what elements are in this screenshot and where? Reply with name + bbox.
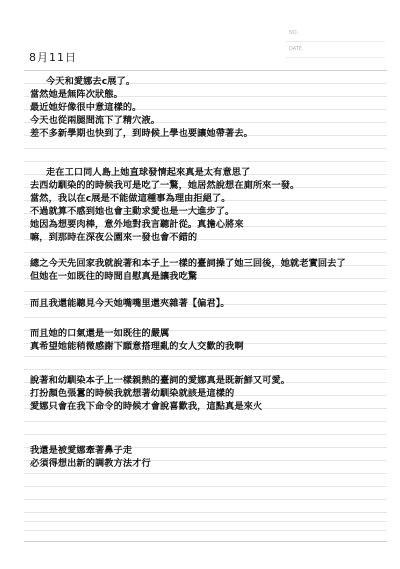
no-field: NO. [285,30,385,36]
ruled-line [24,291,387,292]
no-label: NO. [289,30,298,36]
date-field: DATE [285,46,385,52]
diary-line: 今天也從兩腿間流下了精穴液。 [30,115,160,126]
no-field-rule [285,41,385,42]
diary-line: 真希望她能稍微感謝下願意搭理亂的女人交歡的我啊 [30,341,244,352]
entry-date: 8月11日 [29,49,77,65]
ruled-line [24,252,387,253]
ruled-line [24,434,387,435]
ruled-line [24,421,387,422]
ruled-line [24,317,387,318]
diary-line: 她因為想要肉棒，意外地對我言聽計從。真擔心將來 [30,219,244,230]
ruled-line [24,530,387,531]
ruled-line [24,512,387,513]
diary-line: 走在工口同人島上她直球發情起來真是太有意思了 [46,167,250,178]
diary-line: 嘛，到那時在深夜公園來一發也會不錯的 [30,232,197,243]
diary-line: 說著和幼馴染本子上一樣親熱的臺詞的愛娜真是既新鮮又可愛。 [30,375,290,386]
diary-line: 但她在一如既往的時間自慰真是讓我吃驚 [30,271,197,282]
diary-line: 總之今天先回家我就說著和本子上一樣的臺詞操了她三回後，她就老實回去了 [30,258,346,269]
ruled-line [24,521,387,522]
diary-line: 今天和愛娜去c展了。 [46,76,135,87]
date-field-rule [285,57,385,58]
ruled-line [24,161,387,162]
diary-line: 愛娜只會在我下命令的時候才會說喜歡我，這點真是來火 [30,401,262,412]
diary-line: 打扮顏色張囂的時候我就想著幼馴染就該是這樣的 [30,388,234,399]
ruled-line [24,356,387,357]
diary-line: 而且她的口氣還是一如既往的嚴厲 [30,328,169,339]
diary-line: 差不多新學期也快到了，到時候上學也要讓她帶著去。 [30,128,253,139]
ruled-line [24,541,387,542]
diary-line: 必須得想出新的調教方法才行 [30,458,151,469]
diary-line: 去西幼馴染的的時候我可是吃了一驚，她居然說想在廁所來一發。 [30,180,299,191]
ruled-line [24,473,387,474]
diary-line: 當然她是無阵次狀態。 [30,89,123,100]
ruled-line [24,369,387,370]
ruled-line [24,148,387,149]
diary-line: 當然，我以在c展是不能做這種事為理由拒絕了。 [30,193,231,204]
ruled-line [24,499,387,500]
ruled-line [24,486,387,487]
diary-page: NO. DATE 8月11日 今天和愛娜去c展了。當然她是無阵次狀態。最近她好像… [0,0,400,569]
diary-line: 不過就算不感到她也會主動求愛也是一大進步了。 [30,206,234,217]
diary-line: 而且我還能聽見今天她嘴嘴里還夾雜著【偏君】。 [30,298,230,309]
date-label: DATE [289,46,302,52]
diary-line: 最近她好像很中意這樣的。 [30,102,141,113]
ruled-line [24,70,387,71]
diary-line: 我還是被愛娜牽著鼻子走 [30,445,132,456]
